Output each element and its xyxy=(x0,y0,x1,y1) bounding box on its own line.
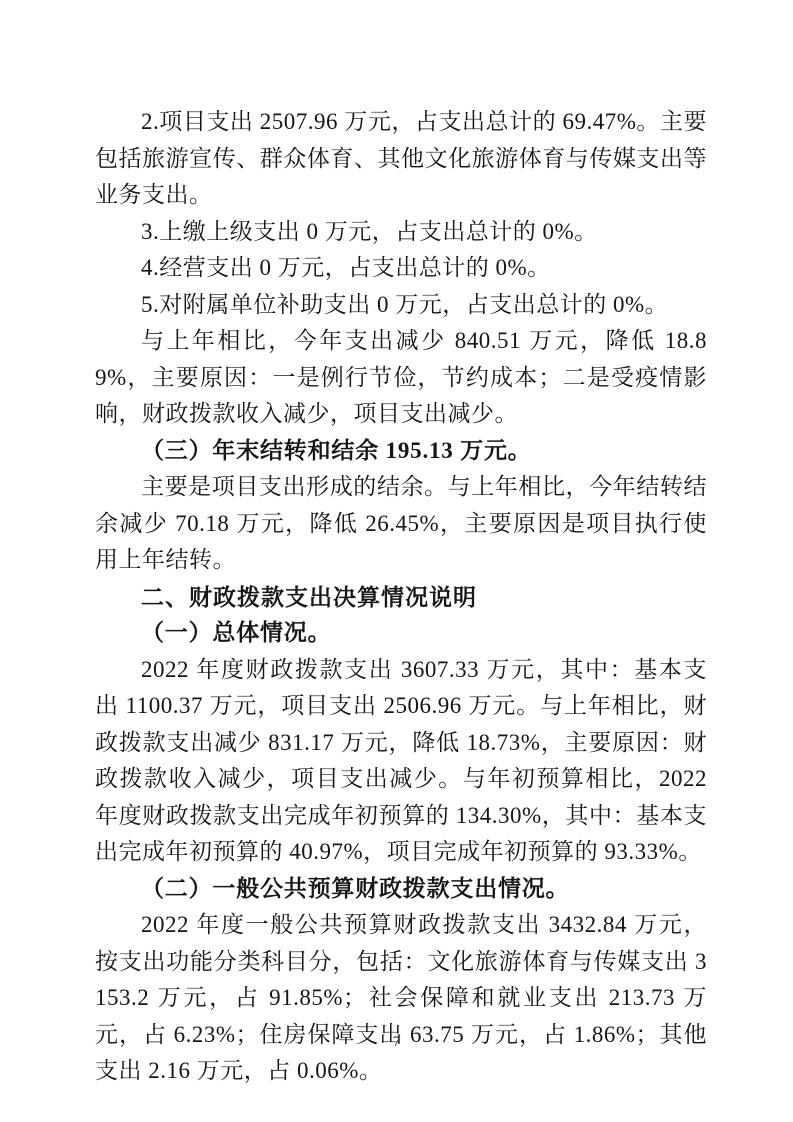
page-number: 7 xyxy=(0,1032,793,1052)
document-page: 2.项目支出 2507.96 万元，占支出总计的 69.47%。主要包括旅游宣传… xyxy=(0,0,793,1122)
paragraph-overall-situation-detail: 2022 年度财政拨款支出 3607.33 万元，其中：基本支出 1100.37… xyxy=(95,652,707,871)
paragraph-upper-level-expenditure: 3.上缴上级支出 0 万元，占支出总计的 0%。 xyxy=(95,214,707,251)
subsection-heading-overall-situation: （一）总体情况。 xyxy=(95,615,707,652)
document-body: 2.项目支出 2507.96 万元，占支出总计的 69.47%。主要包括旅游宣传… xyxy=(95,104,707,1090)
subsection-heading-general-public-budget: （二）一般公共预算财政拨款支出情况。 xyxy=(95,871,707,908)
paragraph-subsidy-expenditure: 5.对附属单位补助支出 0 万元，占支出总计的 0%。 xyxy=(95,287,707,324)
paragraph-project-expenditure: 2.项目支出 2507.96 万元，占支出总计的 69.47%。主要包括旅游宣传… xyxy=(95,104,707,214)
subsection-heading-carryover-balance: （三）年末结转和结余 195.13 万元。 xyxy=(95,433,707,470)
paragraph-carryover-explanation: 主要是项目支出形成的结余。与上年相比，今年结转结余减少 70.18 万元，降低 … xyxy=(95,469,707,579)
section-heading-fiscal-appropriation: 二、财政拨款支出决算情况说明 xyxy=(95,579,707,616)
paragraph-yearly-comparison: 与上年相比，今年支出减少 840.51 万元，降低 18.89%，主要原因：一是… xyxy=(95,323,707,433)
paragraph-general-public-budget-detail: 2022 年度一般公共预算财政拨款支出 3432.84 万元，按支出功能分类科目… xyxy=(95,907,707,1090)
paragraph-operating-expenditure: 4.经营支出 0 万元，占支出总计的 0%。 xyxy=(95,250,707,287)
